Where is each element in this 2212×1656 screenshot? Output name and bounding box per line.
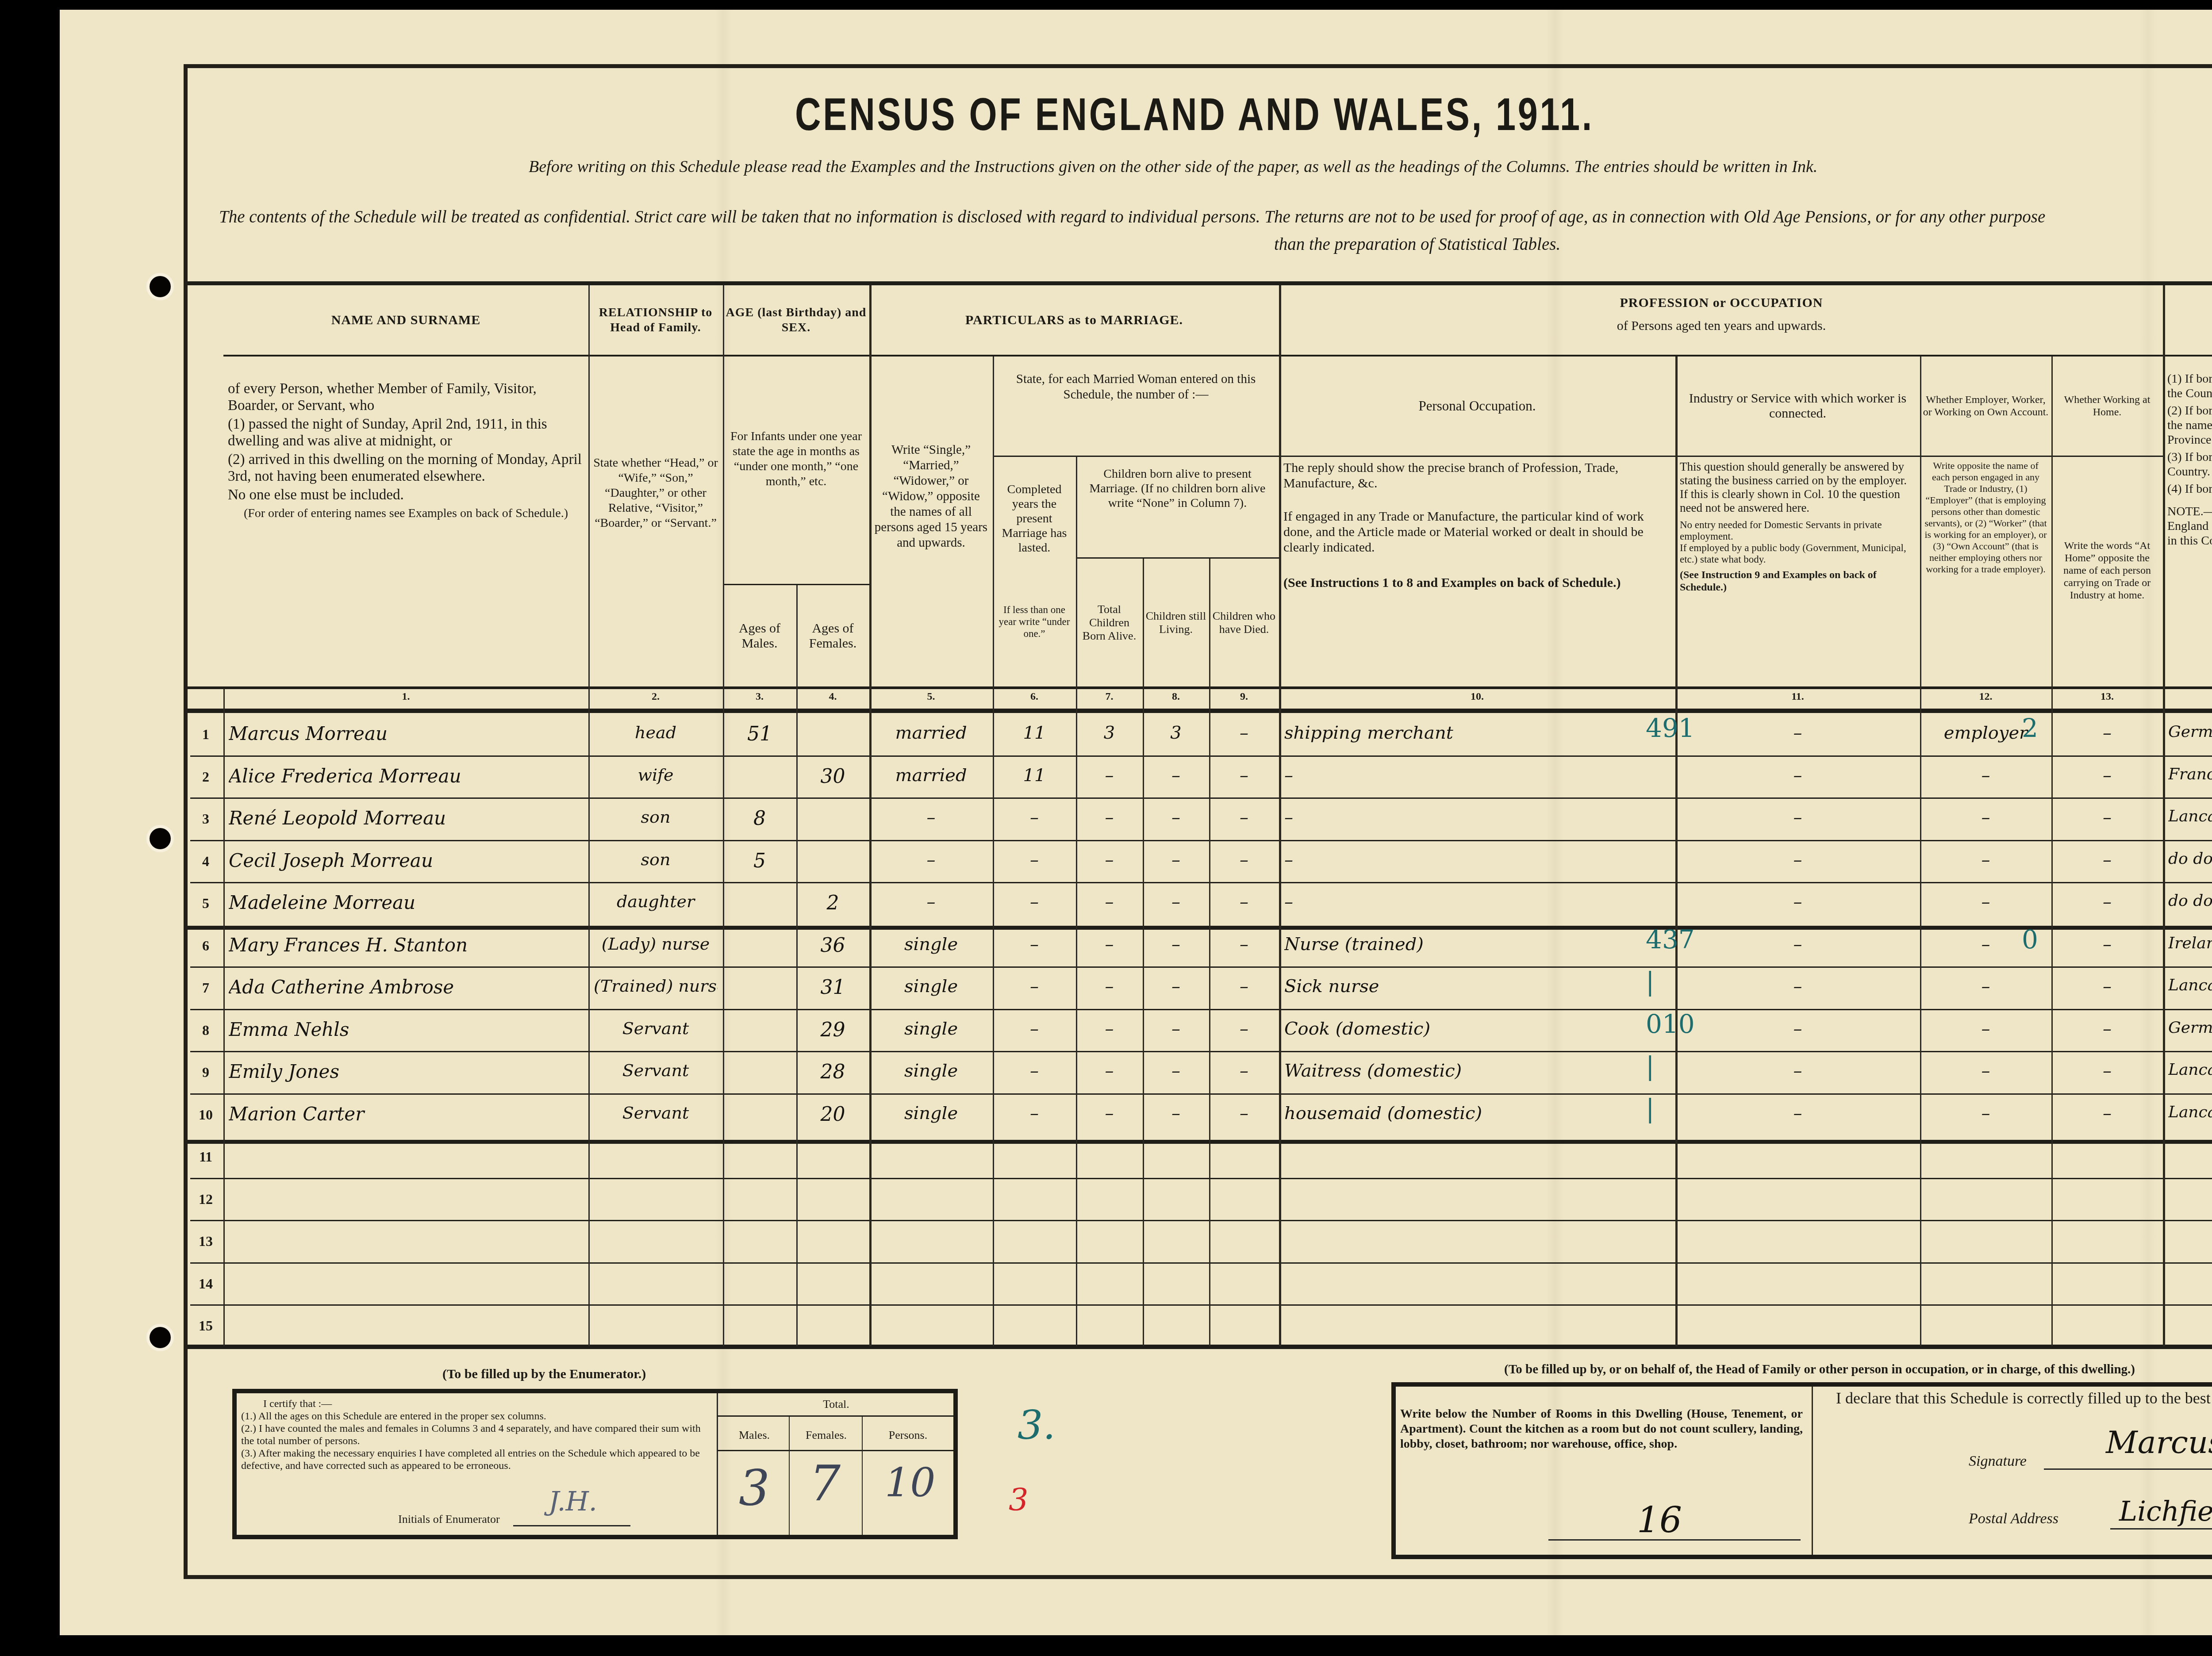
total-divider	[717, 1393, 718, 1535]
industry-cell[interactable]: –	[1681, 1061, 1915, 1081]
occupation-cell[interactable]: –	[1284, 850, 1670, 870]
declaration: I declare that this Schedule is correctl…	[1836, 1389, 2212, 1407]
female-age-cell[interactable]: 28	[802, 1061, 864, 1083]
column-number: 12.	[1920, 691, 2051, 703]
occupation-code: |	[1646, 1051, 1655, 1081]
children-born-cell[interactable]: –	[1081, 976, 1137, 997]
occupation-cell[interactable]: Nurse (trained)	[1284, 934, 1670, 954]
children-died-cell[interactable]: –	[1214, 850, 1274, 870]
children-died-cell[interactable]: –	[1214, 892, 1274, 912]
c6-desc: Completed years the present Marriage has…	[993, 482, 1076, 555]
males-label: Males.	[719, 1429, 790, 1442]
marriage-years-cell[interactable]: 11	[998, 765, 1071, 786]
birthplace-cell[interactable]: do do	[2168, 892, 2212, 910]
row-number: 11	[190, 1149, 221, 1165]
at-home-cell[interactable]: –	[2057, 934, 2158, 954]
occupier-divider	[1812, 1387, 1813, 1555]
row-rule	[190, 840, 2212, 841]
female-age-cell[interactable]: 20	[802, 1103, 864, 1126]
row-number: 12	[190, 1191, 221, 1207]
employer-code: 2	[2022, 713, 2038, 743]
female-age-cell[interactable]: 36	[802, 934, 864, 957]
c13-title: Whether Working at Home.	[2051, 356, 2163, 456]
occupation-cell[interactable]: shipping merchant	[1284, 723, 1670, 743]
children-living-cell[interactable]: –	[1148, 850, 1204, 870]
signature-value[interactable]: Marcus Morreau	[2106, 1424, 2212, 1460]
birthplace-cell[interactable]: Lancashire Manchester	[2168, 1061, 2212, 1079]
table-top-rule	[188, 281, 2212, 285]
c9-subheader: Children who have Died.	[1209, 559, 1279, 686]
marriage-years-cell[interactable]: –	[998, 976, 1071, 997]
industry-cell[interactable]: –	[1681, 765, 1915, 786]
total-label: Total.	[719, 1398, 953, 1411]
relationship-cell[interactable]: son	[594, 807, 718, 827]
condition-cell[interactable]: –	[875, 807, 987, 828]
at-home-cell[interactable]: –	[2057, 1061, 2158, 1081]
c8-subheader: Children still Living.	[1143, 559, 1209, 686]
column-number: 2.	[588, 691, 723, 703]
children-died-cell[interactable]: –	[1214, 807, 1274, 828]
row-number: 4	[190, 853, 221, 870]
occupation-code: |	[1646, 966, 1655, 997]
header-birthplace-sub: of every person.	[2163, 315, 2212, 337]
row-rule	[190, 1262, 2212, 1264]
column-number: 5.	[869, 691, 993, 703]
confidential-notice: The contents of the Schedule will be tre…	[219, 207, 2045, 227]
occupation-code: 491	[1646, 713, 1695, 743]
enumerator-certify-text: I certify that :— (1.) All the ages on t…	[241, 1398, 706, 1472]
children-died-cell[interactable]: –	[1214, 723, 1274, 743]
children-born-cell[interactable]: –	[1081, 1061, 1137, 1081]
row-number: 8	[190, 1022, 221, 1039]
binder-hole	[150, 276, 171, 297]
occupation-code: |	[1646, 1093, 1655, 1123]
header-name: NAME AND SURNAME	[223, 285, 588, 355]
occupier-heading: (To be filled up by, or on behalf of, th…	[1504, 1362, 2135, 1377]
employer-cell[interactable]: –	[1925, 1061, 2046, 1081]
persons-label: Persons.	[863, 1429, 953, 1442]
column-number: 4.	[796, 691, 869, 703]
male-age-cell[interactable]: 8	[728, 807, 791, 830]
marriage-years-cell[interactable]: 11	[998, 723, 1071, 743]
condition-cell[interactable]: single	[875, 1103, 987, 1123]
c10-desc-2: If engaged in any Trade or Manufacture, …	[1283, 509, 1671, 555]
enumerator-heading: (To be filled up by the Enumerator.)	[442, 1367, 646, 1382]
header-occupation-sub: of Persons aged ten years and upwards.	[1279, 315, 2164, 337]
name-cell[interactable]: Cecil Joseph Morreau	[229, 850, 583, 871]
at-home-cell[interactable]: –	[2057, 765, 2158, 786]
children-died-cell[interactable]: –	[1214, 1103, 1274, 1123]
employer-cell[interactable]: –	[1925, 850, 2046, 870]
c11-desc-2: No entry needed for Domestic Servants in…	[1680, 519, 1916, 542]
row-number: 7	[190, 980, 221, 996]
rooms-value[interactable]: 16	[1637, 1499, 1682, 1541]
c1-desc-3: No one else must be included.	[228, 487, 584, 503]
total-females[interactable]: 7	[810, 1455, 841, 1512]
marriage-years-cell[interactable]: –	[998, 1061, 1071, 1081]
c11-desc-4: (See Instruction 9 and Examples on back …	[1680, 569, 1916, 594]
marriage-years-cell[interactable]: –	[998, 892, 1071, 912]
age-desc: For Infants under one year state the age…	[723, 429, 869, 489]
relationship-cell[interactable]: wife	[594, 765, 718, 785]
children-born-cell[interactable]: –	[1081, 1103, 1137, 1123]
column-rule	[588, 285, 590, 1346]
c14-note: NOTE.—In the case of persons born elsewh…	[2167, 504, 2212, 548]
occupation-cell[interactable]: –	[1284, 892, 1670, 912]
birthplace-cell[interactable]: Ireland Co Derry Moneymore	[2168, 934, 2212, 952]
children-living-cell[interactable]: –	[1148, 934, 1204, 954]
children-died-cell[interactable]: –	[1214, 976, 1274, 997]
c10-title: Personal Occupation.	[1279, 356, 1675, 456]
header-relationship: RELATIONSHIP to Head of Family.	[588, 285, 723, 355]
row-rule	[190, 966, 2212, 968]
column-number: 7.	[1076, 691, 1143, 703]
birthplace-cell[interactable]: Germany	[2168, 723, 2212, 741]
relationship-cell[interactable]: (Lady) nurse	[594, 934, 718, 954]
page-title: CENSUS OF ENGLAND AND WALES, 1911.	[608, 88, 1781, 141]
employer-cell[interactable]: –	[1925, 976, 2046, 997]
c14-desc-1: (1) If born in the United Kingdom, write…	[2167, 372, 2212, 401]
birthplace-cell[interactable]: Lancashire Manchester	[2168, 807, 2212, 825]
occupation-cell[interactable]: housemaid (domestic)	[1284, 1103, 1670, 1123]
row-number: 14	[190, 1276, 221, 1292]
c14-desc-3: (3) If born in a Foreign Country, write …	[2167, 450, 2212, 479]
column-number: 3.	[723, 691, 796, 703]
industry-cell[interactable]: –	[1681, 723, 1915, 743]
row-number: 13	[190, 1233, 221, 1250]
children-died-cell[interactable]: –	[1214, 1019, 1274, 1039]
relationship-cell[interactable]: Servant	[594, 1061, 718, 1080]
column-number: 10.	[1279, 691, 1675, 703]
occupation-subdivider	[1279, 456, 2163, 457]
margin-note-red: 3	[1009, 1482, 1029, 1518]
employer-cell[interactable]: –	[1925, 807, 2046, 828]
signature-line	[2044, 1468, 2212, 1470]
c10-desc: The reply should show the precise branch…	[1279, 460, 1675, 590]
at-home-cell[interactable]: –	[2057, 807, 2158, 828]
at-home-cell[interactable]: –	[2057, 1019, 2158, 1039]
name-cell[interactable]: Ada Catherine Ambrose	[229, 976, 583, 998]
children-desc: Children born alive to present Marriage.…	[1076, 467, 1279, 510]
children-living-cell[interactable]: –	[1148, 1061, 1204, 1081]
marriage-years-cell[interactable]: –	[998, 850, 1071, 870]
children-living-cell[interactable]: –	[1148, 976, 1204, 997]
marriage-years-cell[interactable]: –	[998, 807, 1071, 828]
header-birthplace: BIRTHPLACE	[2163, 292, 2212, 314]
certify-item-2: (2.) I have counted the males and female…	[241, 1422, 706, 1447]
postal-address-value[interactable]: Lichfield Ford Lane Didsbury	[2119, 1495, 2212, 1527]
postal-address-line	[2110, 1528, 2212, 1529]
children-died-cell[interactable]: –	[1214, 1061, 1274, 1081]
column-number: 9.	[1209, 691, 1279, 703]
row-number: 2	[190, 769, 221, 785]
table-bottom-rule	[188, 1345, 2212, 1349]
children-born-cell[interactable]: –	[1081, 765, 1137, 786]
at-home-cell[interactable]: –	[2057, 723, 2158, 743]
total-persons[interactable]: 10	[885, 1460, 936, 1506]
c5-desc: Write “Single,” “Married,” “Widower,” or…	[869, 442, 993, 551]
marriage-years-cell[interactable]: –	[998, 934, 1071, 954]
name-cell[interactable]: Madeleine Morreau	[229, 892, 583, 913]
postal-address-label: Postal Address	[1969, 1510, 2058, 1527]
c11-title: Industry or Service with which worker is…	[1675, 356, 1920, 456]
employer-cell[interactable]: –	[1925, 1019, 2046, 1039]
c11-desc: This question should generally be answer…	[1675, 460, 1920, 594]
relationship-cell[interactable]: Servant	[594, 1019, 718, 1038]
children-born-cell[interactable]: 3	[1081, 723, 1137, 743]
females-divider	[862, 1417, 863, 1535]
occupation-code: 010	[1646, 1009, 1695, 1039]
total-males[interactable]: 3	[739, 1460, 770, 1516]
column-number: 8.	[1143, 691, 1209, 703]
industry-cell[interactable]: –	[1681, 1103, 1915, 1123]
column-number: 14	[2163, 691, 2212, 703]
occupation-cell[interactable]: Cook (domestic)	[1284, 1019, 1670, 1039]
c6-desc-small: If less than one year write “under one.”	[993, 604, 1076, 640]
column-number: 6.	[993, 691, 1076, 703]
occupation-cell[interactable]: –	[1284, 765, 1670, 786]
occupation-code: 437	[1646, 924, 1695, 954]
certify-item-1: (1.) All the ages on this Schedule are e…	[241, 1410, 706, 1422]
name-cell[interactable]: Emily Jones	[229, 1061, 583, 1082]
employer-code: 0	[2022, 924, 2038, 954]
condition-cell[interactable]: –	[875, 850, 987, 870]
name-cell[interactable]: Marion Carter	[229, 1103, 583, 1125]
c1-desc-2: (2) arrived in this dwelling on the morn…	[228, 451, 584, 485]
female-age-cell[interactable]: 29	[802, 1019, 864, 1041]
header-bottom-rule	[188, 686, 2212, 689]
children-living-cell[interactable]: –	[1148, 1103, 1204, 1123]
industry-cell[interactable]: –	[1681, 1019, 1915, 1039]
row-rule	[190, 1220, 2212, 1221]
column-number: 11.	[1675, 691, 1920, 703]
female-age-cell[interactable]: 31	[802, 976, 864, 999]
row-number: 15	[190, 1318, 221, 1334]
c14-desc-2: (2) If born in any other part of the Bri…	[2167, 403, 2212, 447]
row-rule	[190, 1093, 2212, 1095]
industry-cell[interactable]: –	[1681, 850, 1915, 870]
c10-desc-3: (See Instructions 1 to 8 and Examples on…	[1283, 575, 1671, 590]
relationship-cell[interactable]: (Trained) nurse	[594, 976, 718, 996]
certify-item-3: (3.) After making the necessary enquirie…	[241, 1447, 706, 1472]
row-number: 10	[190, 1107, 221, 1123]
c12-title: Whether Employer, Worker, or Working on …	[1920, 356, 2051, 456]
employer-cell[interactable]: –	[1925, 1103, 2046, 1123]
children-died-cell[interactable]: –	[1214, 934, 1274, 954]
margin-note-teal: 3.	[1018, 1402, 1056, 1449]
row-rule	[190, 755, 2212, 757]
children-born-cell[interactable]: –	[1081, 850, 1137, 870]
c1-desc-4: (For order of entering names see Example…	[228, 505, 584, 522]
condition-cell[interactable]: single	[875, 1061, 987, 1081]
c11-desc-3: If employed by a public body (Government…	[1680, 542, 1916, 565]
occupation-cell[interactable]: –	[1284, 807, 1670, 828]
header-age: AGE (last Birthday) and SEX.	[723, 285, 869, 355]
industry-cell[interactable]: –	[1681, 892, 1915, 912]
c10-desc-1: The reply should show the precise branch…	[1283, 460, 1671, 491]
certify-heading: I certify that :—	[241, 1398, 706, 1410]
children-died-cell[interactable]: –	[1214, 765, 1274, 786]
children-living-cell[interactable]: 3	[1148, 723, 1204, 743]
rooms-line	[1548, 1539, 1801, 1541]
marriage-subdivider	[993, 456, 1279, 457]
binder-hole	[150, 828, 171, 849]
row-number: 9	[190, 1064, 221, 1081]
c7-subheader: Total Children Born Alive.	[1076, 559, 1143, 686]
employer-cell[interactable]: –	[1925, 765, 2046, 786]
at-home-cell[interactable]: –	[2057, 850, 2158, 870]
marriage-years-cell[interactable]: –	[998, 1103, 1071, 1123]
marriage-years-cell[interactable]: –	[998, 1019, 1071, 1039]
confidential-notice-2: than the preparation of Statistical Tabl…	[1274, 234, 1560, 254]
birthplace-cell[interactable]: Lancashire Wigan	[2168, 976, 2212, 994]
row-rule	[190, 1009, 2212, 1010]
males-divider	[789, 1417, 790, 1535]
children-born-cell[interactable]: –	[1081, 1019, 1137, 1039]
totals-rule	[718, 1450, 954, 1451]
row-rule	[190, 882, 2212, 883]
industry-cell[interactable]: –	[1681, 976, 1915, 997]
employer-cell[interactable]: –	[1925, 892, 2046, 912]
column-number: 13.	[2051, 691, 2163, 703]
male-age-cell[interactable]: 5	[728, 850, 791, 872]
industry-cell[interactable]: –	[1681, 807, 1915, 828]
initials-label: Initials of Enumerator	[398, 1513, 500, 1526]
birthplace-cell[interactable]: Germany	[2168, 1019, 2212, 1037]
name-cell[interactable]: Marcus Morreau	[229, 723, 583, 744]
colnum-bottom-rule	[188, 709, 2212, 713]
column-number: 1.	[223, 691, 588, 703]
header-marriage: PARTICULARS as to MARRIAGE.	[869, 285, 1279, 355]
birthplace-cell[interactable]: Lancashire Manchester	[2168, 1103, 2212, 1121]
birthplace-cell[interactable]: France (Resident)	[2168, 765, 2212, 783]
children-living-cell[interactable]: –	[1148, 1019, 1204, 1039]
binder-hole	[150, 1327, 171, 1348]
name-cell[interactable]: Emma Nehls	[229, 1019, 583, 1040]
rooms-instruction: Write below the Number of Rooms in this …	[1400, 1407, 1803, 1452]
condition-cell[interactable]: single	[875, 934, 987, 954]
children-living-cell[interactable]: –	[1148, 892, 1204, 912]
birthplace-cell[interactable]: do do	[2168, 850, 2212, 868]
female-age-cell[interactable]: 2	[802, 892, 864, 914]
children-living-cell[interactable]: –	[1148, 765, 1204, 786]
c14-desc: (1) If born in the United Kingdom, write…	[2163, 372, 2212, 548]
name-cell[interactable]: Mary Frances H. Stanton	[229, 934, 583, 956]
row-number: 6	[190, 938, 221, 954]
females-label: Females.	[790, 1429, 863, 1442]
condition-cell[interactable]: married	[875, 765, 987, 786]
row-number: 1	[190, 726, 221, 743]
c4-subheader: Ages of Females.	[796, 585, 869, 686]
at-home-cell[interactable]: –	[2057, 892, 2158, 912]
condition-cell[interactable]: married	[875, 723, 987, 743]
condition-cell[interactable]: single	[875, 1019, 987, 1039]
c11-desc-1: This question should generally be answer…	[1680, 460, 1916, 515]
relationship-cell[interactable]: daughter	[594, 892, 718, 911]
name-cell[interactable]: Alice Frederica Morreau	[229, 765, 583, 787]
c1-desc-intro: of every Person, whether Member of Famil…	[228, 380, 584, 414]
column-rule	[2051, 356, 2053, 1346]
row-rule	[190, 1051, 2212, 1052]
relationship-cell[interactable]: son	[594, 850, 718, 869]
occupation-cell[interactable]: Sick nurse	[1284, 976, 1670, 997]
children-living-cell[interactable]: –	[1148, 807, 1204, 828]
c1-desc-1: (1) passed the night of Sunday, April 2n…	[228, 416, 584, 449]
c3-subheader: Ages of Males.	[723, 585, 796, 686]
occupation-cell[interactable]: Waitress (domestic)	[1284, 1061, 1670, 1081]
initials-value[interactable]: J.H.	[549, 1486, 597, 1517]
c13-desc: Write the words “At Home” opposite the n…	[2051, 540, 2163, 602]
signature-label: Signature	[1969, 1453, 2027, 1470]
condition-cell[interactable]: single	[875, 976, 987, 997]
children-born-cell[interactable]: –	[1081, 934, 1137, 954]
row-rule	[190, 1304, 2212, 1306]
ink-instruction: Before writing on this Schedule please r…	[529, 157, 1817, 176]
condition-cell[interactable]: –	[875, 892, 987, 912]
children-born-cell[interactable]: –	[1081, 807, 1137, 828]
male-age-cell[interactable]: 51	[728, 723, 791, 745]
total-rule	[718, 1415, 954, 1417]
female-age-cell[interactable]: 30	[802, 765, 864, 788]
column-rule	[223, 688, 225, 1346]
row-number: 5	[190, 895, 221, 912]
at-home-cell[interactable]: –	[2057, 976, 2158, 997]
row5-rule	[188, 926, 2212, 930]
initials-line	[513, 1525, 630, 1526]
married-woman-desc: State, for each Married Woman entered on…	[993, 372, 1279, 402]
children-born-cell[interactable]: –	[1081, 892, 1137, 912]
relationship-cell[interactable]: Servant	[594, 1103, 718, 1123]
header-occupation: PROFESSION or OCCUPATION	[1279, 292, 2164, 314]
c1-desc: of every Person, whether Member of Famil…	[223, 380, 588, 522]
c2-desc: State whether “Head,” or “Wife,” “Son,” …	[588, 456, 723, 531]
c14-desc-4: (4) If born at sea, write “At Sea.”	[2167, 482, 2212, 496]
relationship-cell[interactable]: head	[594, 723, 718, 742]
c12-desc: Write opposite the name of each person e…	[1920, 460, 2051, 575]
name-cell[interactable]: René Leopold Morreau	[229, 807, 583, 829]
row-rule	[190, 797, 2212, 799]
industry-cell[interactable]: –	[1681, 934, 1915, 954]
at-home-cell[interactable]: –	[2057, 1103, 2158, 1123]
row10-rule	[188, 1140, 2212, 1144]
row-number: 3	[190, 811, 221, 827]
row-rule	[190, 1178, 2212, 1179]
